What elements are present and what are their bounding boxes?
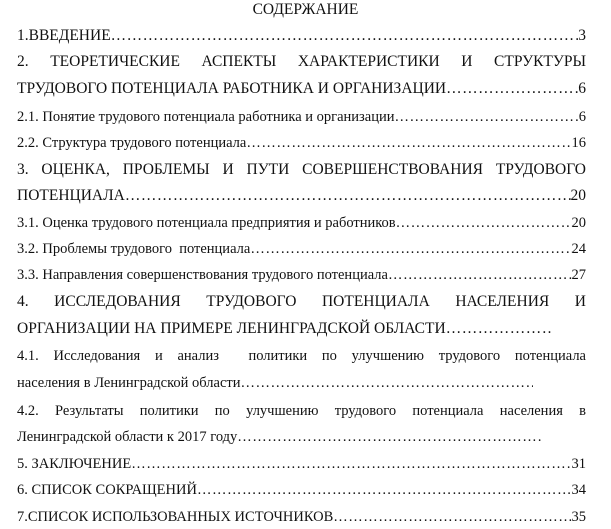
toc-entry-3-line1[interactable]: 3. ОЦЕНКА, ПРОБЛЕМЫ И ПУТИ СОВЕРШЕНСТВОВ… (17, 160, 586, 180)
toc-entry-4-1-line1[interactable]: 4.1. Исследования и анализ политики по у… (17, 346, 586, 366)
leader-dots (446, 319, 551, 339)
toc-entry-2-1[interactable]: 2.1. Понятие трудового потенциала работн… (17, 107, 586, 127)
leader-dots (241, 373, 533, 393)
toc-page-number: 31 (572, 454, 587, 474)
toc-entry-text: 5. ЗАКЛЮЧЕНИЕ (17, 454, 131, 474)
toc-entry-text: 2. ТЕОРЕТИЧЕСКИЕ АСПЕКТЫ ХАРАКТЕРИСТИКИ … (17, 53, 586, 70)
toc-entry-text: 6. СПИСОК СОКРАЩЕНИЙ (17, 480, 197, 500)
toc-entry-1[interactable]: 1.ВВЕДЕНИЕ 3 (17, 26, 586, 46)
toc-entry-text: 1.ВВЕДЕНИЕ (17, 26, 111, 46)
toc-page-number: 6 (579, 107, 586, 127)
toc-entry-7[interactable]: 7.СПИСОК ИСПОЛЬЗОВАННЫХ ИСТОЧНИКОВ 35 (17, 507, 586, 527)
toc-entry-text: 3.1. Оценка трудового потенциала предпри… (17, 213, 396, 233)
toc-page-number: 20 (572, 213, 587, 233)
toc-entry-text: 4.2. Результаты политики по улучшению тр… (17, 403, 586, 419)
toc-page-number: 24 (572, 239, 587, 259)
toc-entry-4-2-line1[interactable]: 4.2. Результаты политики по улучшению тр… (17, 401, 586, 421)
toc-page: СОДЕРЖАНИЕ 1.ВВЕДЕНИЕ 3 2. ТЕОРЕТИЧЕСКИЕ… (0, 0, 611, 529)
toc-page-number: 16 (572, 133, 587, 153)
toc-page-number: 6 (578, 79, 586, 99)
toc-entry-text: 2.2. Структура трудового потенциала (17, 133, 246, 153)
toc-entry-text: населения в Ленинградской области (17, 373, 241, 393)
toc-page-number: 3 (578, 26, 586, 46)
leader-dots (111, 26, 579, 46)
toc-entry-text: 3. ОЦЕНКА, ПРОБЛЕМЫ И ПУТИ СОВЕРШЕНСТВОВ… (17, 161, 586, 178)
toc-entry-3-3[interactable]: 3.3. Направления совершенствования трудо… (17, 265, 586, 285)
toc-entry-4-2-line2[interactable]: Ленинградской области к 2017 году (17, 427, 586, 447)
leader-dots (333, 507, 571, 527)
toc-entry-4-line2[interactable]: ОРГАНИЗАЦИИ НА ПРИМЕРЕ ЛЕНИНГРАДСКОЙ ОБЛ… (17, 319, 586, 339)
toc-entry-text: 7.СПИСОК ИСПОЛЬЗОВАННЫХ ИСТОЧНИКОВ (17, 507, 333, 527)
toc-entry-text: 3.3. Направления совершенствования трудо… (17, 265, 388, 285)
toc-page-number: 34 (572, 480, 587, 500)
toc-entry-text: ПОТЕНЦИАЛА (17, 186, 125, 206)
toc-page-number: 27 (572, 265, 587, 285)
toc-entry-4-line1[interactable]: 4. ИССЛЕДОВАНИЯ ТРУДОВОГО ПОТЕНЦИАЛА НАС… (17, 292, 586, 312)
toc-entry-text: 4. ИССЛЕДОВАНИЯ ТРУДОВОГО ПОТЕНЦИАЛА НАС… (17, 293, 586, 310)
toc-page-number: 35 (572, 507, 587, 527)
toc-page-number: 20 (571, 186, 587, 206)
leader-dots (396, 213, 572, 233)
toc-entry-3-2[interactable]: 3.2. Проблемы трудового потенциала 24 (17, 239, 586, 259)
toc-entry-text: 3.2. Проблемы трудового потенциала (17, 239, 250, 259)
toc-entry-text: 2.1. Понятие трудового потенциала работн… (17, 107, 395, 127)
leader-dots (131, 454, 571, 474)
toc-entry-5[interactable]: 5. ЗАКЛЮЧЕНИЕ 31 (17, 454, 586, 474)
leader-dots (125, 186, 571, 206)
toc-entry-text: ТРУДОВОГО ПОТЕНЦИАЛА РАБОТНИКА И ОРГАНИЗ… (17, 79, 446, 99)
toc-entry-6[interactable]: 6. СПИСОК СОКРАЩЕНИЙ 34 (17, 480, 586, 500)
toc-entry-text: Ленинградской области к 2017 году (17, 427, 237, 447)
leader-dots (446, 79, 578, 99)
leader-dots (246, 133, 571, 153)
toc-entry-2-2[interactable]: 2.2. Структура трудового потенциала 16 (17, 133, 586, 153)
leader-dots (197, 480, 572, 500)
toc-entry-text: ОРГАНИЗАЦИИ НА ПРИМЕРЕ ЛЕНИНГРАДСКОЙ ОБЛ… (17, 319, 446, 339)
leader-dots (395, 107, 579, 127)
toc-title: СОДЕРЖАНИЕ (0, 1, 611, 19)
toc-entry-3-line2[interactable]: ПОТЕНЦИАЛА 20 (17, 186, 586, 206)
toc-entry-text: 4.1. Исследования и анализ политики по у… (17, 348, 586, 364)
toc-entry-4-1-line2[interactable]: населения в Ленинградской области (17, 373, 586, 393)
toc-entry-2-line1[interactable]: 2. ТЕОРЕТИЧЕСКИЕ АСПЕКТЫ ХАРАКТЕРИСТИКИ … (17, 52, 586, 72)
leader-dots (237, 427, 542, 447)
toc-entry-2-line2[interactable]: ТРУДОВОГО ПОТЕНЦИАЛА РАБОТНИКА И ОРГАНИЗ… (17, 79, 586, 99)
leader-dots (388, 265, 572, 285)
toc-entry-3-1[interactable]: 3.1. Оценка трудового потенциала предпри… (17, 213, 586, 233)
leader-dots (250, 239, 571, 259)
